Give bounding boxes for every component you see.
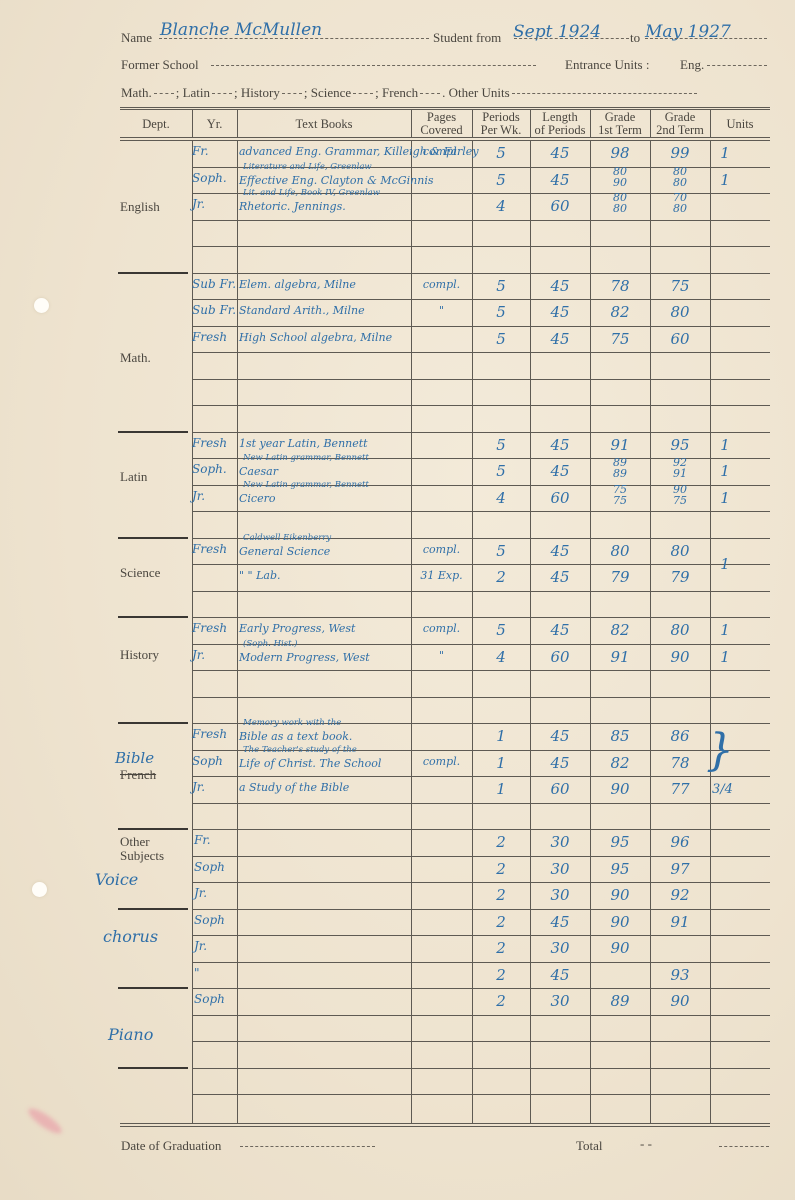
section-divider (118, 1067, 188, 1069)
row-line (192, 379, 770, 380)
section-divider (118, 431, 188, 433)
year-cell[interactable]: Fresh (192, 542, 237, 556)
table-top-rule (120, 109, 770, 110)
dept-label-english: English (120, 199, 160, 215)
grade-1st-term-cell[interactable]: 89 (590, 992, 650, 1010)
row-line (192, 856, 770, 857)
grade-2nd-term-cell[interactable]: 80 (650, 176, 710, 189)
former-school-field[interactable] (211, 65, 536, 66)
textbook-cell[interactable]: Cicero (239, 492, 469, 505)
units-cell[interactable]: 1 (710, 621, 740, 639)
dept-label-latin: Latin (120, 469, 147, 485)
grade-2nd-term-cell[interactable]: 80 (650, 542, 710, 560)
history-units-field[interactable] (282, 93, 302, 94)
french-units-field[interactable] (420, 93, 440, 94)
grade-1st-term-cell[interactable]: 78 (590, 277, 650, 295)
row-line (192, 405, 770, 406)
length-of-periods-cell[interactable]: 45 (530, 436, 590, 454)
eng-units-field[interactable] (707, 65, 767, 66)
year-cell[interactable]: Fr. (194, 833, 237, 847)
table-top-rule (120, 107, 770, 108)
dept-label-math: Math. (120, 350, 151, 366)
year-cell[interactable]: Jr. (194, 886, 237, 900)
periods-per-week-cell[interactable]: 2 (472, 568, 530, 586)
units-cell[interactable]: 1 (710, 555, 740, 573)
year-cell[interactable]: Soph (192, 754, 237, 768)
former-school-label: Former School (121, 57, 199, 73)
section-divider (118, 828, 188, 830)
units-cell[interactable]: 1 (710, 648, 740, 666)
name-label: Name (121, 30, 152, 46)
textbook-cell[interactable]: Effective Eng. Clayton & McGinnis (239, 174, 469, 187)
header-divider (530, 109, 531, 137)
column-divider (237, 140, 238, 1123)
year-cell[interactable]: Soph (194, 860, 237, 874)
dept-label-subjects: Subjects (120, 848, 164, 864)
dept-label-history: History (120, 647, 159, 663)
year-cell[interactable]: Soph (194, 992, 237, 1006)
grade-2nd-term-cell[interactable]: 90 (650, 992, 710, 1010)
periods-per-week-cell[interactable]: 2 (472, 860, 530, 878)
length-of-periods-cell[interactable]: 45 (530, 966, 590, 984)
grade-1st-term-cell[interactable]: 80 (590, 202, 650, 215)
table-bottom-rule (120, 1126, 770, 1127)
row-line (192, 909, 770, 910)
periods-per-week-cell[interactable]: 4 (472, 197, 530, 215)
header-divider (710, 109, 711, 137)
periods-per-week-cell[interactable]: 5 (472, 436, 530, 454)
periods-per-week-cell[interactable]: 5 (472, 303, 530, 321)
periods-per-week-cell[interactable]: 5 (472, 621, 530, 639)
length-of-periods-cell[interactable]: 30 (530, 939, 590, 957)
pages-covered-cell[interactable]: " (411, 304, 472, 317)
header-periods-per-wk: PeriodsPer Wk. (472, 111, 530, 137)
row-line (192, 220, 770, 221)
row-line (192, 511, 770, 512)
row-line (192, 1041, 770, 1042)
dept-label-french-struck: French (120, 767, 156, 783)
total-dashes: - - (640, 1136, 652, 1152)
grade-2nd-term-cell[interactable]: 77 (650, 780, 710, 798)
grade-2nd-term-cell[interactable]: 97 (650, 860, 710, 878)
periods-per-week-cell[interactable]: 4 (472, 489, 530, 507)
table-bottom-rule (120, 1123, 770, 1124)
periods-per-week-cell[interactable]: 5 (472, 144, 530, 162)
length-of-periods-cell[interactable]: 60 (530, 197, 590, 215)
year-cell[interactable]: Fr. (192, 144, 237, 158)
section-divider (118, 616, 188, 618)
textbook-cell[interactable]: Bible as a text book. (239, 730, 469, 743)
grade-1st-term-cell[interactable]: 90 (590, 176, 650, 189)
header-grade-1st-term: Grade1st Term (590, 111, 650, 137)
student-from-line (514, 38, 629, 39)
periods-per-week-cell[interactable]: 5 (472, 462, 530, 480)
header-bottom-rule (120, 137, 770, 138)
latin-units-label: ; Latin (176, 85, 210, 100)
grade-1st-term-cell[interactable]: 91 (590, 648, 650, 666)
row-line (192, 246, 770, 247)
row-line (192, 352, 770, 353)
header-divider (411, 109, 412, 137)
row-line (192, 882, 770, 883)
textbook-note[interactable]: Literature and Life, Greenlaw (243, 162, 413, 172)
grade-2nd-term-cell[interactable]: 80 (650, 621, 710, 639)
grade-2nd-term-cell[interactable]: 60 (650, 330, 710, 348)
header-yr: Yr. (192, 118, 237, 131)
pages-covered-cell[interactable]: " (411, 649, 472, 662)
periods-per-week-cell[interactable]: 2 (472, 992, 530, 1010)
row-line (192, 299, 770, 300)
length-of-periods-cell[interactable]: 45 (530, 277, 590, 295)
date-of-graduation-field[interactable] (240, 1146, 375, 1147)
row-line (192, 432, 770, 433)
year-cell[interactable]: Jr. (192, 197, 237, 211)
row-line (192, 273, 770, 274)
row-line (192, 776, 770, 777)
other-units-label: . Other Units (442, 85, 510, 100)
grade-2nd-term-cell[interactable]: 75 (650, 494, 710, 507)
to-label: to (630, 30, 640, 46)
length-of-periods-cell[interactable]: 45 (530, 144, 590, 162)
section-divider (118, 272, 188, 274)
periods-per-week-cell[interactable]: 5 (472, 277, 530, 295)
header-pages-covered: PagesCovered (411, 111, 472, 137)
periods-per-week-cell[interactable]: 5 (472, 171, 530, 189)
section-divider (118, 987, 188, 989)
periods-per-week-cell[interactable]: 2 (472, 913, 530, 931)
science-units-label: ; Science (304, 85, 351, 100)
grade-2nd-term-cell[interactable]: 86 (650, 727, 710, 745)
row-line (192, 962, 770, 963)
grade-2nd-term-cell[interactable]: 75 (650, 277, 710, 295)
other-units-field[interactable] (512, 93, 697, 94)
length-of-periods-cell[interactable]: 30 (530, 860, 590, 878)
total-label: Total (576, 1138, 603, 1154)
math-units-field[interactable] (154, 93, 174, 94)
periods-per-week-cell[interactable]: 4 (472, 648, 530, 666)
periods-per-week-cell[interactable]: 1 (472, 780, 530, 798)
header-bottom-rule (120, 140, 770, 141)
punch-hole (32, 882, 47, 897)
grade-1st-term-cell[interactable]: 98 (590, 144, 650, 162)
subject-label-voice: Voice (95, 870, 138, 889)
grade-2nd-term-cell[interactable]: 79 (650, 568, 710, 586)
periods-per-week-cell[interactable]: 2 (472, 966, 530, 984)
entrance-units-label: Entrance Units : (565, 57, 649, 73)
grade-1st-term-cell[interactable]: 91 (590, 436, 650, 454)
to-line (645, 38, 767, 39)
length-of-periods-cell[interactable]: 30 (530, 833, 590, 851)
periods-per-week-cell[interactable]: 1 (472, 754, 530, 772)
length-of-periods-cell[interactable]: 30 (530, 992, 590, 1010)
periods-per-week-cell[interactable]: 2 (472, 939, 530, 957)
textbook-cell[interactable]: High School algebra, Milne (239, 331, 469, 344)
row-line (192, 670, 770, 671)
year-cell[interactable]: Sub Fr. (192, 303, 237, 317)
row-line (192, 1094, 770, 1095)
grade-2nd-term-cell[interactable]: 95 (650, 436, 710, 454)
pages-covered-cell[interactable]: compl. (411, 755, 472, 768)
section-divider (118, 908, 188, 910)
header-grade-2nd-term: Grade2nd Term (650, 111, 710, 137)
length-of-periods-cell[interactable]: 45 (530, 303, 590, 321)
year-cell[interactable]: Fresh (192, 621, 237, 635)
grade-1st-term-cell[interactable]: 82 (590, 621, 650, 639)
header-divider (472, 109, 473, 137)
textbook-cell[interactable]: 1st year Latin, Bennett (239, 437, 469, 450)
grade-1st-term-cell[interactable]: 75 (590, 494, 650, 507)
year-cell[interactable]: Soph. (192, 171, 237, 185)
pages-covered-cell[interactable]: compl. (411, 622, 472, 635)
grade-2nd-term-cell[interactable]: 93 (650, 966, 710, 984)
history-units-label: ; History (234, 85, 280, 100)
grade-1st-term-cell[interactable]: 85 (590, 727, 650, 745)
textbook-note[interactable]: Caldwell Eikenberry (243, 533, 413, 543)
length-of-periods-cell[interactable]: 45 (530, 727, 590, 745)
length-of-periods-cell[interactable]: 60 (530, 489, 590, 507)
grade-1st-term-cell[interactable]: 90 (590, 913, 650, 931)
length-of-periods-cell[interactable]: 30 (530, 886, 590, 904)
year-cell[interactable]: Fresh (192, 727, 237, 741)
units-cell[interactable]: 1 (710, 171, 740, 189)
row-line (192, 326, 770, 327)
grade-1st-term-cell[interactable]: 90 (590, 780, 650, 798)
periods-per-week-cell[interactable]: 5 (472, 330, 530, 348)
bible-brace[interactable]: } (706, 725, 726, 776)
grade-1st-term-cell[interactable]: 75 (590, 330, 650, 348)
eng-label: Eng. (680, 57, 704, 73)
row-line (192, 564, 770, 565)
subject-label-chorus: chorus (103, 927, 158, 946)
grade-1st-term-cell[interactable]: 89 (590, 467, 650, 480)
periods-per-week-cell[interactable]: 5 (472, 542, 530, 560)
units-line: Math.; Latin; History; Science; French. … (121, 85, 699, 101)
grade-2nd-term-cell[interactable]: 80 (650, 303, 710, 321)
header-divider (192, 109, 193, 137)
science-units-field[interactable] (353, 93, 373, 94)
textbook-note[interactable]: New Latin grammar, Bennett (243, 480, 413, 490)
length-of-periods-cell[interactable]: 45 (530, 568, 590, 586)
year-cell[interactable]: Fresh (192, 330, 237, 344)
textbook-note[interactable]: (Soph. Hist.) (243, 639, 413, 649)
length-of-periods-cell[interactable]: 45 (530, 542, 590, 560)
grade-1st-term-cell[interactable]: 90 (590, 939, 650, 957)
row-line (192, 1015, 770, 1016)
periods-per-week-cell[interactable]: 2 (472, 833, 530, 851)
row-line (192, 1068, 770, 1069)
header-dept: Dept. (120, 118, 192, 131)
grade-2nd-term-cell[interactable]: 91 (650, 467, 710, 480)
length-of-periods-cell[interactable]: 45 (530, 754, 590, 772)
year-cell[interactable]: Jr. (192, 489, 237, 503)
periods-per-week-cell[interactable]: 2 (472, 886, 530, 904)
french-units-label: ; French (375, 85, 418, 100)
grade-2nd-term-cell[interactable]: 96 (650, 833, 710, 851)
section-divider (118, 722, 188, 724)
pages-covered-cell[interactable]: compl. (411, 145, 472, 158)
units-cell[interactable]: 1 (710, 436, 740, 454)
textbook-cell[interactable]: a Study of the Bible (239, 781, 469, 794)
year-cell[interactable]: Jr. (194, 939, 237, 953)
row-line (192, 591, 770, 592)
pages-covered-cell[interactable]: compl. (411, 543, 472, 556)
units-cell[interactable]: 1 (710, 489, 740, 507)
dept-label-science: Science (120, 565, 160, 581)
pages-covered-cell[interactable]: compl. (411, 278, 472, 291)
textbook-cell[interactable]: Rhetoric. Jennings. (239, 200, 469, 213)
textbook-note[interactable]: Lit. and Life, Book IV, Greenlaw (243, 188, 413, 198)
header-divider (237, 109, 238, 137)
row-line (192, 697, 770, 698)
grade-1st-term-cell[interactable]: 95 (590, 833, 650, 851)
length-of-periods-cell[interactable]: 45 (530, 330, 590, 348)
grade-1st-term-cell[interactable]: 82 (590, 303, 650, 321)
header-length-of-periods: Lengthof Periods (530, 111, 590, 137)
periods-per-week-cell[interactable]: 1 (472, 727, 530, 745)
textbook-cell[interactable]: Caesar (239, 465, 469, 478)
grade-1st-term-cell[interactable]: 82 (590, 754, 650, 772)
textbook-note[interactable]: Memory work with the (243, 718, 413, 728)
length-of-periods-cell[interactable]: 45 (530, 913, 590, 931)
header-divider (650, 109, 651, 137)
length-of-periods-cell[interactable]: 45 (530, 621, 590, 639)
grade-1st-term-cell[interactable]: 90 (590, 886, 650, 904)
latin-units-field[interactable] (212, 93, 232, 94)
date-of-graduation-label: Date of Graduation (121, 1138, 221, 1154)
length-of-periods-cell[interactable]: 45 (530, 462, 590, 480)
grade-2nd-term-cell[interactable]: 91 (650, 913, 710, 931)
header-text-books: Text Books (237, 118, 411, 131)
pages-covered-cell[interactable]: 31 Exp. (411, 569, 472, 582)
units-cell[interactable]: 3/4 (712, 782, 742, 797)
row-line (192, 829, 770, 830)
name-field-line (159, 38, 429, 39)
textbook-note[interactable]: New Latin grammar, Bennett (243, 453, 413, 463)
grade-1st-term-cell[interactable]: 80 (590, 542, 650, 560)
header-units: Units (710, 118, 770, 131)
row-line (192, 988, 770, 989)
year-cell[interactable]: Fresh (192, 436, 237, 450)
year-cell[interactable]: Jr. (192, 780, 237, 794)
row-line (192, 803, 770, 804)
dept-label-bible: Bible (115, 749, 154, 767)
year-cell[interactable]: Jr. (192, 648, 237, 662)
year-cell[interactable]: Soph (194, 913, 237, 927)
grade-2nd-term-cell[interactable]: 92 (650, 886, 710, 904)
year-cell[interactable]: Sub Fr. (192, 277, 237, 291)
header-divider (590, 109, 591, 137)
length-of-periods-cell[interactable]: 60 (530, 780, 590, 798)
length-of-periods-cell[interactable]: 45 (530, 171, 590, 189)
student-from-label: Student from (433, 30, 501, 46)
grade-1st-term-cell[interactable]: 79 (590, 568, 650, 586)
grade-2nd-term-cell[interactable]: 78 (650, 754, 710, 772)
grade-2nd-term-cell[interactable]: 90 (650, 648, 710, 666)
punch-hole (34, 298, 49, 313)
length-of-periods-cell[interactable]: 60 (530, 648, 590, 666)
units-cell[interactable]: 1 (710, 144, 740, 162)
units-cell[interactable]: 1 (710, 462, 740, 480)
grade-2nd-term-cell[interactable]: 99 (650, 144, 710, 162)
grade-2nd-term-cell[interactable]: 80 (650, 202, 710, 215)
section-divider (118, 537, 188, 539)
row-line (192, 617, 770, 618)
textbook-note[interactable]: The Teacher's study of the (243, 745, 413, 755)
subject-label-piano: Piano (108, 1025, 153, 1044)
math-units-label: Math. (121, 85, 152, 100)
grade-1st-term-cell[interactable]: 95 (590, 860, 650, 878)
year-cell[interactable]: " (194, 966, 237, 980)
year-cell[interactable]: Soph. (192, 462, 237, 476)
total-field[interactable] (719, 1146, 769, 1147)
row-line (192, 935, 770, 936)
